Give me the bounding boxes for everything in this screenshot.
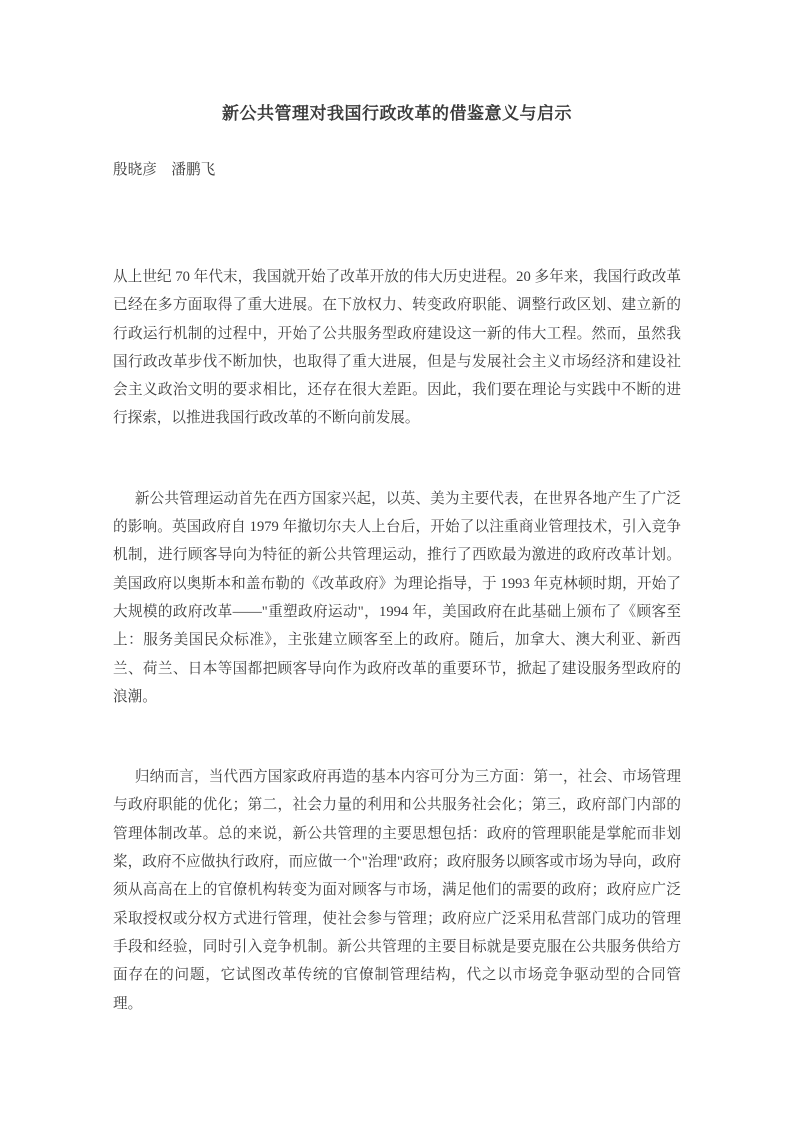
paragraph-introduction: 从上世纪 70 年代末，我国就开始了改革开放的伟大历史进程。20 多年来，我国行… <box>113 263 681 433</box>
document-content: 新公共管理对我国行政改革的借鉴意义与启示 殷晓彦 潘鹏飞 从上世纪 70 年代末… <box>0 100 794 1018</box>
paragraph-npm-summary: 归纳而言，当代西方国家政府再造的基本内容可分为三方面：第一，社会、市场管理与政府… <box>113 763 681 1018</box>
paragraph-npm-movement: 新公共管理运动首先在西方国家兴起，以英、美为主要代表，在世界各地产生了广泛的影响… <box>113 485 681 711</box>
document-page: 新公共管理对我国行政改革的借鉴意义与启示 殷晓彦 潘鹏飞 从上世纪 70 年代末… <box>0 0 794 1123</box>
author-line: 殷晓彦 潘鹏飞 <box>113 156 681 184</box>
document-title: 新公共管理对我国行政改革的借鉴意义与启示 <box>113 100 681 128</box>
